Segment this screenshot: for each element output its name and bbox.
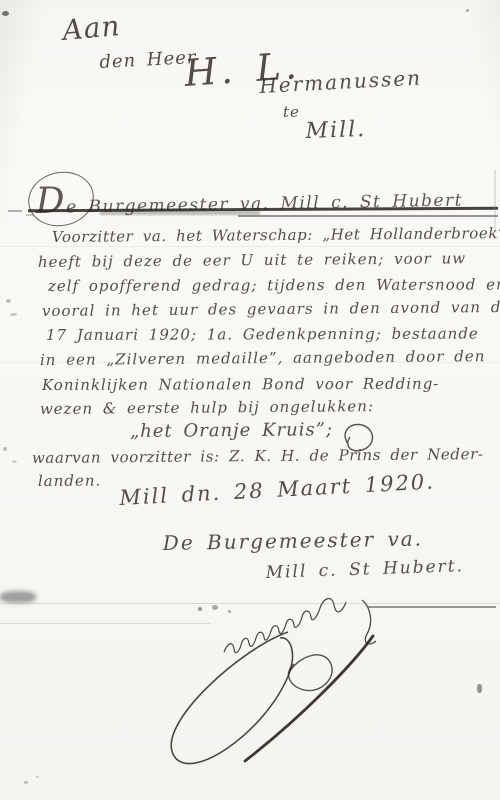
body-line: in een „Zilveren medaille”, aangeboden d… [40,347,486,369]
body-line: landen. [38,471,101,490]
signer-title-line-1: De Burgemeester va. [163,526,424,555]
paper-speck [2,11,9,16]
strikethrough-smear [100,211,260,215]
address-salutation: Aan [61,9,122,47]
paper-speck [212,605,218,610]
body-line: wezen & eerste hulp bij ongelukken: [40,397,374,418]
body-line-oranje-kruis: „het Oranje Kruis”; [130,419,333,442]
body-line: Voorzitter va. het Waterschap: „Het Holl… [52,224,500,246]
body-line: waarvan voorzitter is: Z. K. H. de Prins… [32,445,484,467]
paper-speck [6,299,11,303]
paper-speck [3,447,7,451]
body-line: 17 Januari 1920; 1a. Gedenkpenning; best… [46,324,479,344]
scan-artifact [494,170,496,230]
address-den-heer: den Heer [99,47,197,73]
paper-speck [24,781,28,784]
scan-artifact [8,210,22,212]
signer-title-line-2: Mill c. St Hubert. [265,556,464,583]
body-line: zelf opofferend gedrag; tijdens den Wate… [48,275,500,295]
body-line: heeft bij deze de eer U uit te reiken; v… [38,249,466,271]
scanned-letter-page: Aan den Heer H. L. Hermanussen te Mill. … [0,0,500,800]
paper-speck [228,610,231,613]
paper-speck [198,607,202,611]
body-line: vooral in het uur des gevaars in den avo… [42,298,500,320]
paper-speck [477,684,482,693]
paper-speck [466,9,469,12]
address-place: Mill. [305,117,366,144]
scan-artifact [0,623,210,624]
address-te: te [283,103,300,121]
paper-speck [10,313,17,316]
strikethrough-line-2 [238,215,498,217]
date-line: Mill dn. 28 Maart 1920. [119,470,436,510]
scan-artifact [0,362,500,363]
paper-speck [36,776,39,778]
scan-artifact [26,214,34,216]
paper-smudge [0,591,36,603]
body-line: Koninklijken Nationalen Bond voor Reddin… [42,375,439,394]
scan-artifact [0,603,500,604]
scan-artifact [0,246,500,247]
scan-artifact [368,606,496,608]
paper-speck [12,460,17,463]
ink-loop-flourish [338,420,382,456]
